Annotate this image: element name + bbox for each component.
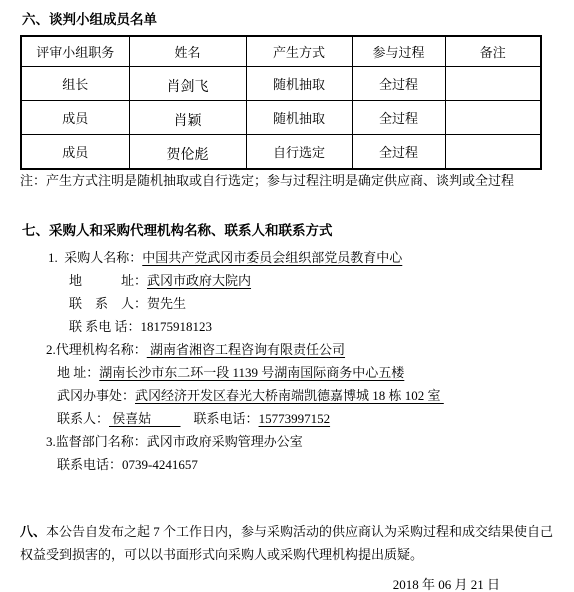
contact-line: 联系电话：0739-4241657 xyxy=(0,453,574,476)
line-text: 1. 采购人名称： xyxy=(48,250,142,265)
line-text: 地 址： xyxy=(57,365,99,380)
section8-body: 本公告自发布之起 7 个工作日内，参与采购活动的供应商认为采购过程和成交结果使自… xyxy=(20,524,553,562)
date-text: 2018 年 06 月 21 日 xyxy=(0,577,574,592)
line-text xyxy=(181,411,194,426)
underlined-value: 15773997152 xyxy=(259,411,331,426)
contact-lines: 1. 采购人名称：中国共产党武冈市委员会组织部党员教育中心地 址：武冈市政府大院… xyxy=(0,246,574,476)
line-text: 联系人： xyxy=(57,411,109,426)
table-row: 成员贺伦彪自行选定全过程 xyxy=(21,135,541,170)
table-cell: 成员 xyxy=(21,135,129,170)
contact-line: 联 系 人：贺先生 xyxy=(0,292,574,315)
line-text: 地 址： xyxy=(69,273,147,288)
table-header-row: 评审小组职务姓名产生方式参与过程备注 xyxy=(21,36,541,67)
section7-heading: 七、采购人和采购代理机构名称、联系人和联系方式 xyxy=(22,223,574,239)
line-text: 联 系 人：贺先生 xyxy=(69,296,186,311)
contact-line: 武冈办事处：武冈经济开发区春光大桥南端凯德嘉博城 18 栋 102 室 xyxy=(0,384,574,407)
line-text: 联系电话： xyxy=(194,411,259,426)
contact-line: 联 系电 话：18175918123 xyxy=(0,315,574,338)
table-cell: 贺伦彪 xyxy=(129,135,246,170)
table-cell: 肖剑飞 xyxy=(129,67,246,101)
contact-line: 3.监督部门名称：武冈市政府采购管理办公室 xyxy=(0,430,574,453)
contact-line: 地 址：湖南长沙市东二环一段 1139 号湖南国际商务中心五楼 xyxy=(0,361,574,384)
table-row: 组长肖剑飞随机抽取全过程 xyxy=(21,67,541,101)
contact-line: 1. 采购人名称：中国共产党武冈市委员会组织部党员教育中心 xyxy=(0,246,574,269)
underlined-value: 中国共产党武冈市委员会组织部党员教育中心 xyxy=(142,250,402,265)
underlined-value: 侯喜姑 xyxy=(109,411,181,426)
contact-line: 联系人： 侯喜姑 联系电话：15773997152 xyxy=(0,407,574,430)
table-header-cell: 评审小组职务 xyxy=(21,36,129,67)
line-text: 3.监督部门名称：武冈市政府采购管理办公室 xyxy=(46,434,303,449)
line-text: 2.代理机构名称： xyxy=(46,342,147,357)
table-cell: 组长 xyxy=(21,67,129,101)
document-page: 六、谈判小组成员名单 评审小组职务姓名产生方式参与过程备注 组长肖剑飞随机抽取全… xyxy=(0,0,574,592)
line-text: 联 系电 话：18175918123 xyxy=(69,319,212,334)
table-header-cell: 参与过程 xyxy=(352,36,445,67)
table-cell: 随机抽取 xyxy=(246,67,352,101)
table-cell: 全过程 xyxy=(352,67,445,101)
underlined-value: 武冈市政府大院内 xyxy=(147,273,251,288)
contact-line: 2.代理机构名称： 湖南省湘咨工程咨询有限责任公司 xyxy=(0,338,574,361)
table-cell: 自行选定 xyxy=(246,135,352,170)
table-cell xyxy=(445,101,541,135)
line-text: 联系电话：0739-4241657 xyxy=(57,457,198,472)
contact-line: 地 址：武冈市政府大院内 xyxy=(0,269,574,292)
table-cell: 成员 xyxy=(21,101,129,135)
table-note: 注：产生方式注明是随机抽取或自行选定；参与过程注明是确定供应商、谈判或全过程 xyxy=(20,173,574,188)
section8-paragraph: 八、本公告自发布之起 7 个工作日内，参与采购活动的供应商认为采购过程和成交结果… xyxy=(20,520,554,566)
table-cell xyxy=(445,135,541,170)
table-cell: 随机抽取 xyxy=(246,101,352,135)
members-table-body: 组长肖剑飞随机抽取全过程成员肖颖随机抽取全过程成员贺伦彪自行选定全过程 xyxy=(21,67,541,170)
section8-lead: 八、 xyxy=(20,524,46,539)
table-row: 成员肖颖随机抽取全过程 xyxy=(21,101,541,135)
underlined-value: 湖南长沙市东二环一段 1139 号湖南国际商务中心五楼 xyxy=(99,365,404,380)
table-cell xyxy=(445,67,541,101)
members-table-head: 评审小组职务姓名产生方式参与过程备注 xyxy=(21,36,541,67)
line-text: 武冈办事处： xyxy=(57,388,135,403)
underlined-value: 武冈经济开发区春光大桥南端凯德嘉博城 18 栋 102 室 xyxy=(135,388,444,403)
table-header-cell: 备注 xyxy=(445,36,541,67)
table-cell: 肖颖 xyxy=(129,101,246,135)
section6-heading: 六、谈判小组成员名单 xyxy=(22,12,574,28)
members-table: 评审小组职务姓名产生方式参与过程备注 组长肖剑飞随机抽取全过程成员肖颖随机抽取全… xyxy=(20,35,542,170)
table-cell: 全过程 xyxy=(352,101,445,135)
table-cell: 全过程 xyxy=(352,135,445,170)
table-header-cell: 产生方式 xyxy=(246,36,352,67)
underlined-value: 湖南省湘咨工程咨询有限责任公司 xyxy=(147,342,345,357)
table-header-cell: 姓名 xyxy=(129,36,246,67)
